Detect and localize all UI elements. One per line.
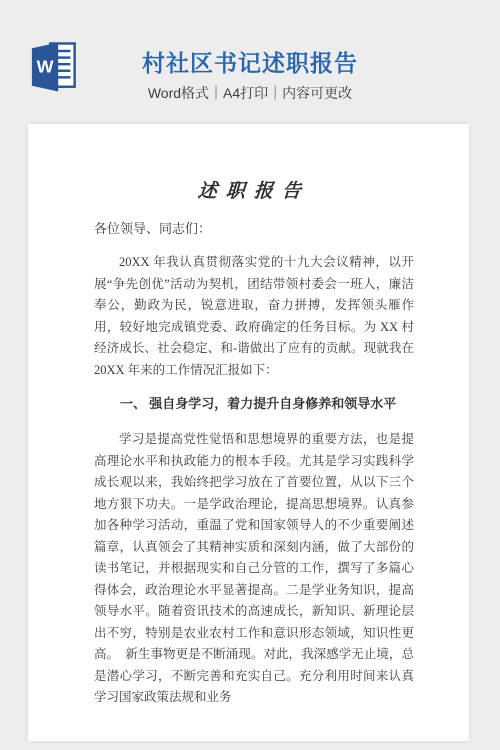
intro-paragraph: 20XX 年我认真贯彻落实党的十九大会议精神，以开展“争先创优”活动为契机，团结… [94, 252, 414, 381]
section-1-heading: 一、 强自身学习，着力提升自身修养和领导水平 [94, 393, 414, 415]
section-1-paragraph: 学习是提高党性觉悟和思想境界的重要方法，也是提高理论水平和执政能力的根本手段。尤… [94, 429, 414, 709]
report-title: 述职报告 [93, 176, 415, 203]
template-subtitle: Word格式｜A4打印｜内容可更改 [0, 83, 500, 103]
template-header: W 村社区书记述职报告 Word格式｜A4打印｜内容可更改 [0, 0, 500, 124]
template-title: 村社区书记述职报告 [0, 45, 500, 78]
salutation: 各位领导、同志们： [94, 218, 414, 240]
document-page: 述职报告 各位领导、同志们： 20XX 年我认真贯彻落实党的十九大会议精神，以开… [28, 124, 469, 741]
